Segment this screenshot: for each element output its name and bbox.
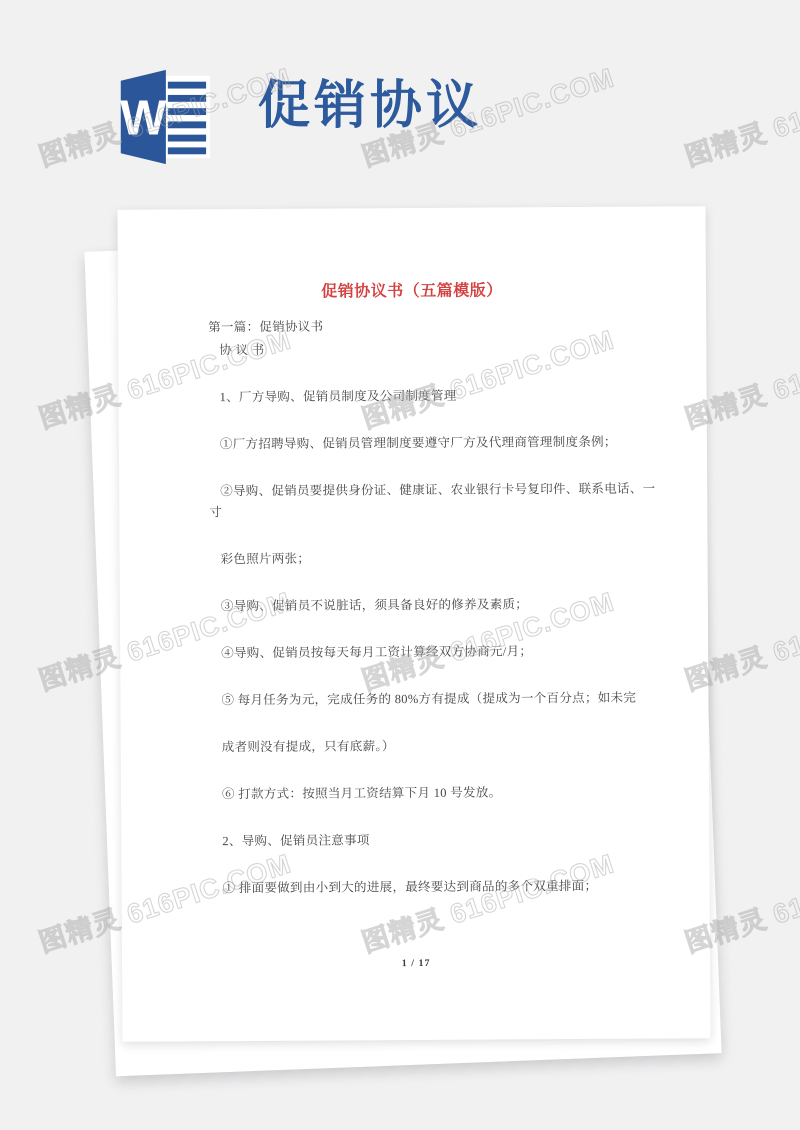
doc-line: 彩色照片两张； <box>120 546 708 571</box>
doc-line: ⑤ 每月任务为元，完成任务的 80%方有提成（提成为一个百分点；如未完 <box>120 687 708 712</box>
doc-line: ⑥ 打款方式：按照当月工资结算下月 10 号发放。 <box>121 781 709 806</box>
doc-line: ②导购、促销员要提供身份证、健康证、农业银行卡号复印件、联系电话、一 <box>119 478 707 503</box>
page-title: 促销协议 <box>258 78 482 134</box>
doc-line: 第一篇：促销协议书 <box>118 314 706 339</box>
page-number: 1 / 17 <box>122 956 710 971</box>
document-body: 第一篇：促销协议书协 议 书1、厂方导购、促销员制度及公司制度管理①厂方招聘导购… <box>118 296 710 900</box>
doc-line: 成者则没有提成，只有底薪。） <box>121 734 709 759</box>
doc-line: ① 排面要做到由小到大的进展，最终要达到商品的多个双重排面； <box>122 875 710 900</box>
word-icon: W <box>105 66 215 168</box>
doc-line: 寸 <box>119 499 707 524</box>
doc-line: 1、厂方导购、促销员制度及公司制度管理 <box>119 384 707 409</box>
watermark-text: 图精灵 616PIC.COM <box>681 62 800 172</box>
document-preview-stage: W 促销协议 促销协议书（五篇模版） 第一篇：促销协议书协 议 书1、厂方导购、… <box>0 0 800 1130</box>
word-icon-letter: W <box>120 92 167 146</box>
doc-line: ③导购、促销员不说脏话，须具备良好的修养及素质； <box>120 593 708 618</box>
document-page: 促销协议书（五篇模版） 第一篇：促销协议书协 议 书1、厂方导购、促销员制度及公… <box>117 206 710 1042</box>
doc-line: 2、导购、促销员注意事项 <box>121 828 709 853</box>
doc-line: ④导购、促销员按每天每月工资计算经双方协商元/月； <box>120 640 708 665</box>
doc-line: ①厂方招聘导购、促销员管理制度要遵守厂方及代理商管理制度条例； <box>119 431 707 456</box>
doc-line: 协 议 书 <box>118 337 706 362</box>
